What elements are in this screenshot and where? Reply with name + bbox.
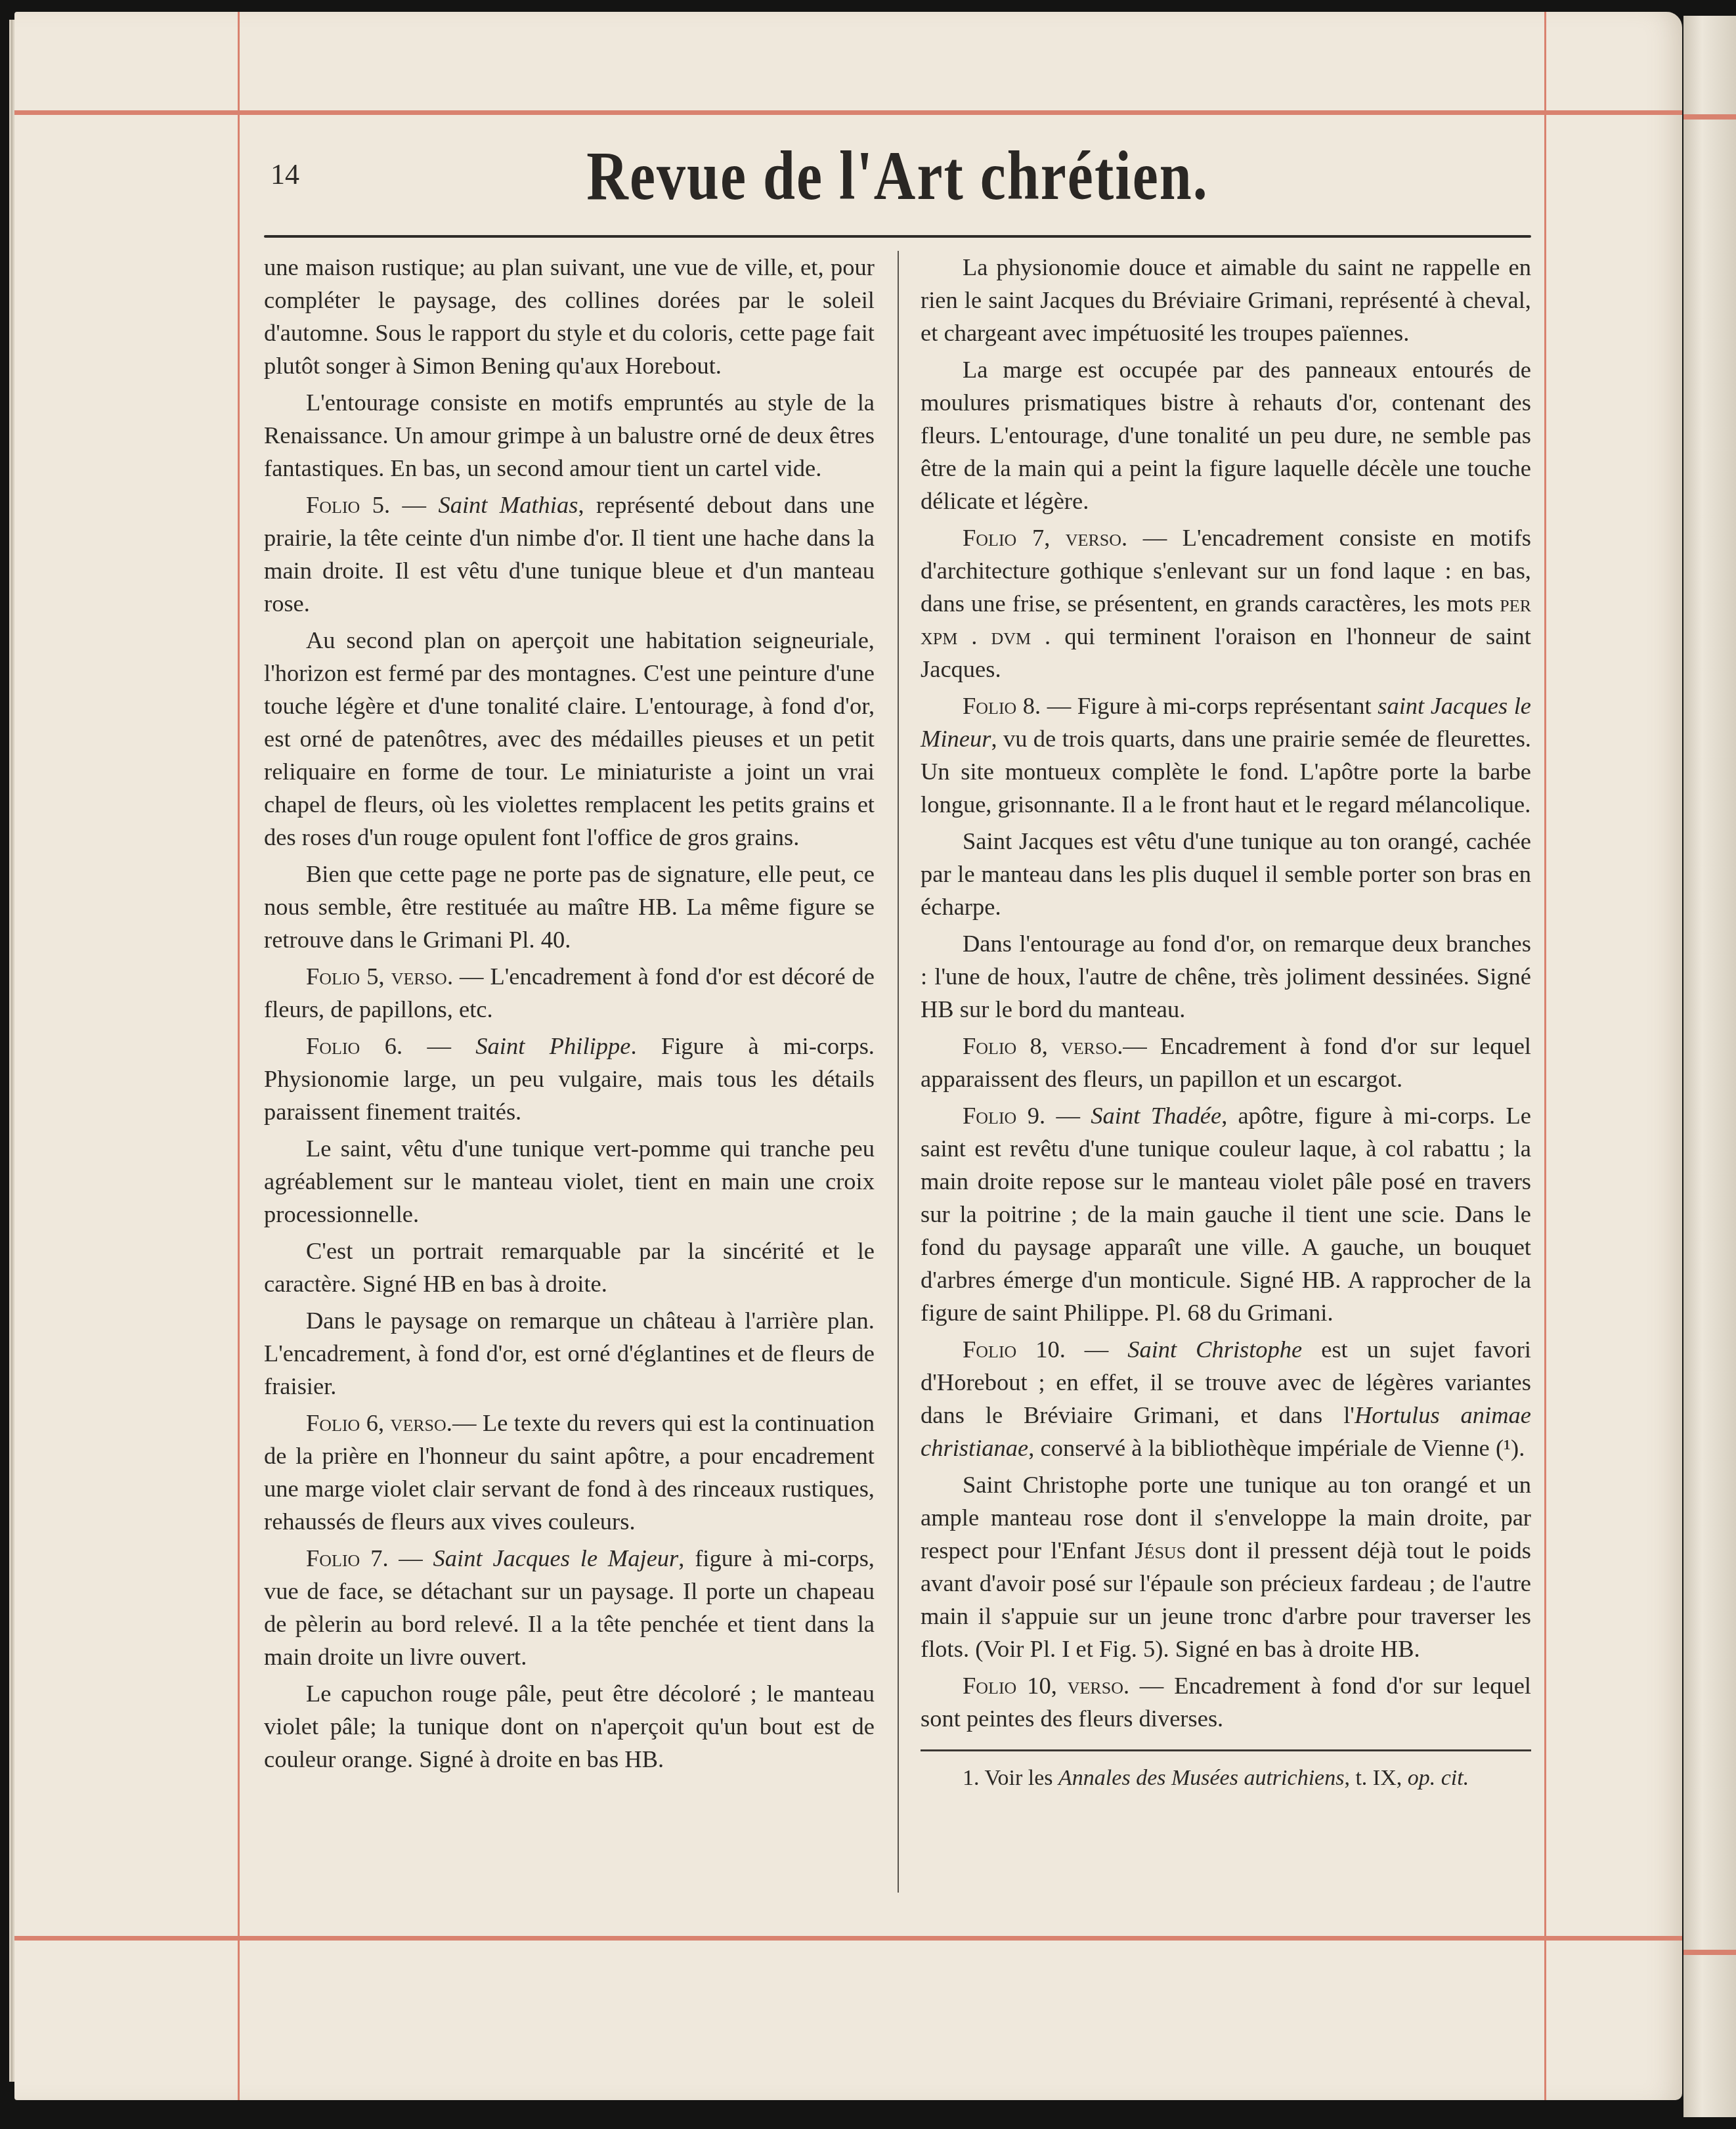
cited-work: Annales des Musées autrichiens <box>1058 1766 1344 1790</box>
folio-entry: Folio 5. — Saint Mathias, représenté deb… <box>264 489 875 620</box>
paragraph: Au second plan on aperçoit une habitatio… <box>264 624 875 854</box>
column-divider <box>898 251 899 1893</box>
folio-label: Folio 8. <box>963 692 1041 719</box>
book-page: 14 Revue de l'Art chrétien. une maison r… <box>14 12 1682 2100</box>
folio-label: Folio 7, verso. <box>963 524 1127 551</box>
folio-label: Folio 6, verso. <box>306 1409 452 1436</box>
footnote: 1. Voir les Annales des Musées autrichie… <box>921 1763 1531 1793</box>
folio-label: Folio 10. <box>963 1336 1066 1363</box>
page-content: 14 Revue de l'Art chrétien. une maison r… <box>264 137 1531 1797</box>
red-rule-left <box>238 12 240 2100</box>
journal-title: Revue de l'Art chrétien. <box>264 137 1531 216</box>
red-rule-right <box>1544 12 1546 2100</box>
two-column-text: une maison rustique; au plan suivant, un… <box>264 251 1531 1797</box>
folio-label: Folio 6. <box>306 1032 402 1059</box>
folio-label: Folio 8, verso. <box>963 1032 1123 1059</box>
footnote-rule <box>921 1749 1531 1751</box>
next-page-red-rule <box>1683 114 1736 120</box>
folio-label: Folio 10, verso. <box>963 1672 1129 1699</box>
paragraph: Le capuchon rouge pâle, peut être décolo… <box>264 1677 875 1776</box>
paragraph: Saint Christophe porte une tunique au to… <box>921 1468 1531 1665</box>
saint-name: Saint Mathias <box>438 491 578 518</box>
folio-entry: Folio 6. — Saint Philippe. Figure à mi-c… <box>264 1030 875 1128</box>
saint-name: Saint Thadée <box>1091 1102 1221 1129</box>
paragraph: L'entourage consiste en motifs empruntés… <box>264 386 875 485</box>
next-page-edge <box>1683 16 1736 2117</box>
paragraph: Le saint, vêtu d'une tunique vert-pomme … <box>264 1132 875 1231</box>
folio-entry: Folio 7. — Saint Jacques le Majeur, figu… <box>264 1542 875 1673</box>
folio-label: Folio 9. <box>963 1102 1045 1129</box>
left-column: une maison rustique; au plan suivant, un… <box>264 251 875 1797</box>
name-smallcaps: Jésus <box>1135 1537 1186 1564</box>
folio-label: Folio 5, verso. <box>306 963 453 990</box>
paragraph: une maison rustique; au plan suivant, un… <box>264 251 875 382</box>
folio-entry: Folio 10. — Saint Christophe est un suje… <box>921 1333 1531 1464</box>
paragraph: Bien que cette page ne porte pas de sign… <box>264 858 875 956</box>
paragraph: C'est un portrait remarquable par la sin… <box>264 1235 875 1300</box>
paragraph: La physionomie douce et aimable du saint… <box>921 251 1531 349</box>
next-page-red-rule-bottom <box>1683 1950 1736 1955</box>
saint-name: Saint Christophe <box>1127 1336 1302 1363</box>
citation-abbrev: op. cit. <box>1408 1766 1469 1790</box>
folio-entry: Folio 8. — Figure à mi-corps représentan… <box>921 690 1531 821</box>
paragraph: Saint Jacques est vêtu d'une tunique au … <box>921 825 1531 923</box>
footnote-number: 1. <box>963 1766 980 1790</box>
right-column: La physionomie douce et aimable du saint… <box>921 251 1531 1797</box>
folio-entry: Folio 7, verso. — L'encadrement consiste… <box>921 521 1531 686</box>
folio-label: Folio 5. <box>306 491 390 518</box>
folio-entry: Folio 10, verso. — Encadrement à fond d'… <box>921 1669 1531 1735</box>
folio-entry: Folio 5, verso. — L'encadrement à fond d… <box>264 960 875 1026</box>
folio-label: Folio 7. <box>306 1545 389 1571</box>
red-rule-bottom <box>14 1936 1682 1941</box>
red-rule-top <box>14 110 1682 115</box>
folio-entry: Folio 9. — Saint Thadée, apôtre, figure … <box>921 1099 1531 1329</box>
folio-entry: Folio 8, verso.— Encadrement à fond d'or… <box>921 1030 1531 1095</box>
paragraph: La marge est occupée par des panneaux en… <box>921 353 1531 517</box>
saint-name: Saint Jacques le Majeur <box>433 1545 679 1571</box>
running-head: 14 Revue de l'Art chrétien. <box>264 137 1531 235</box>
folio-entry: Folio 6, verso.— Le texte du revers qui … <box>264 1407 875 1538</box>
header-rule <box>264 235 1531 238</box>
paragraph: Dans le paysage on remarque un château à… <box>264 1304 875 1403</box>
paragraph: Dans l'entourage au fond d'or, on remarq… <box>921 927 1531 1026</box>
saint-name: Saint Philippe <box>475 1032 630 1059</box>
